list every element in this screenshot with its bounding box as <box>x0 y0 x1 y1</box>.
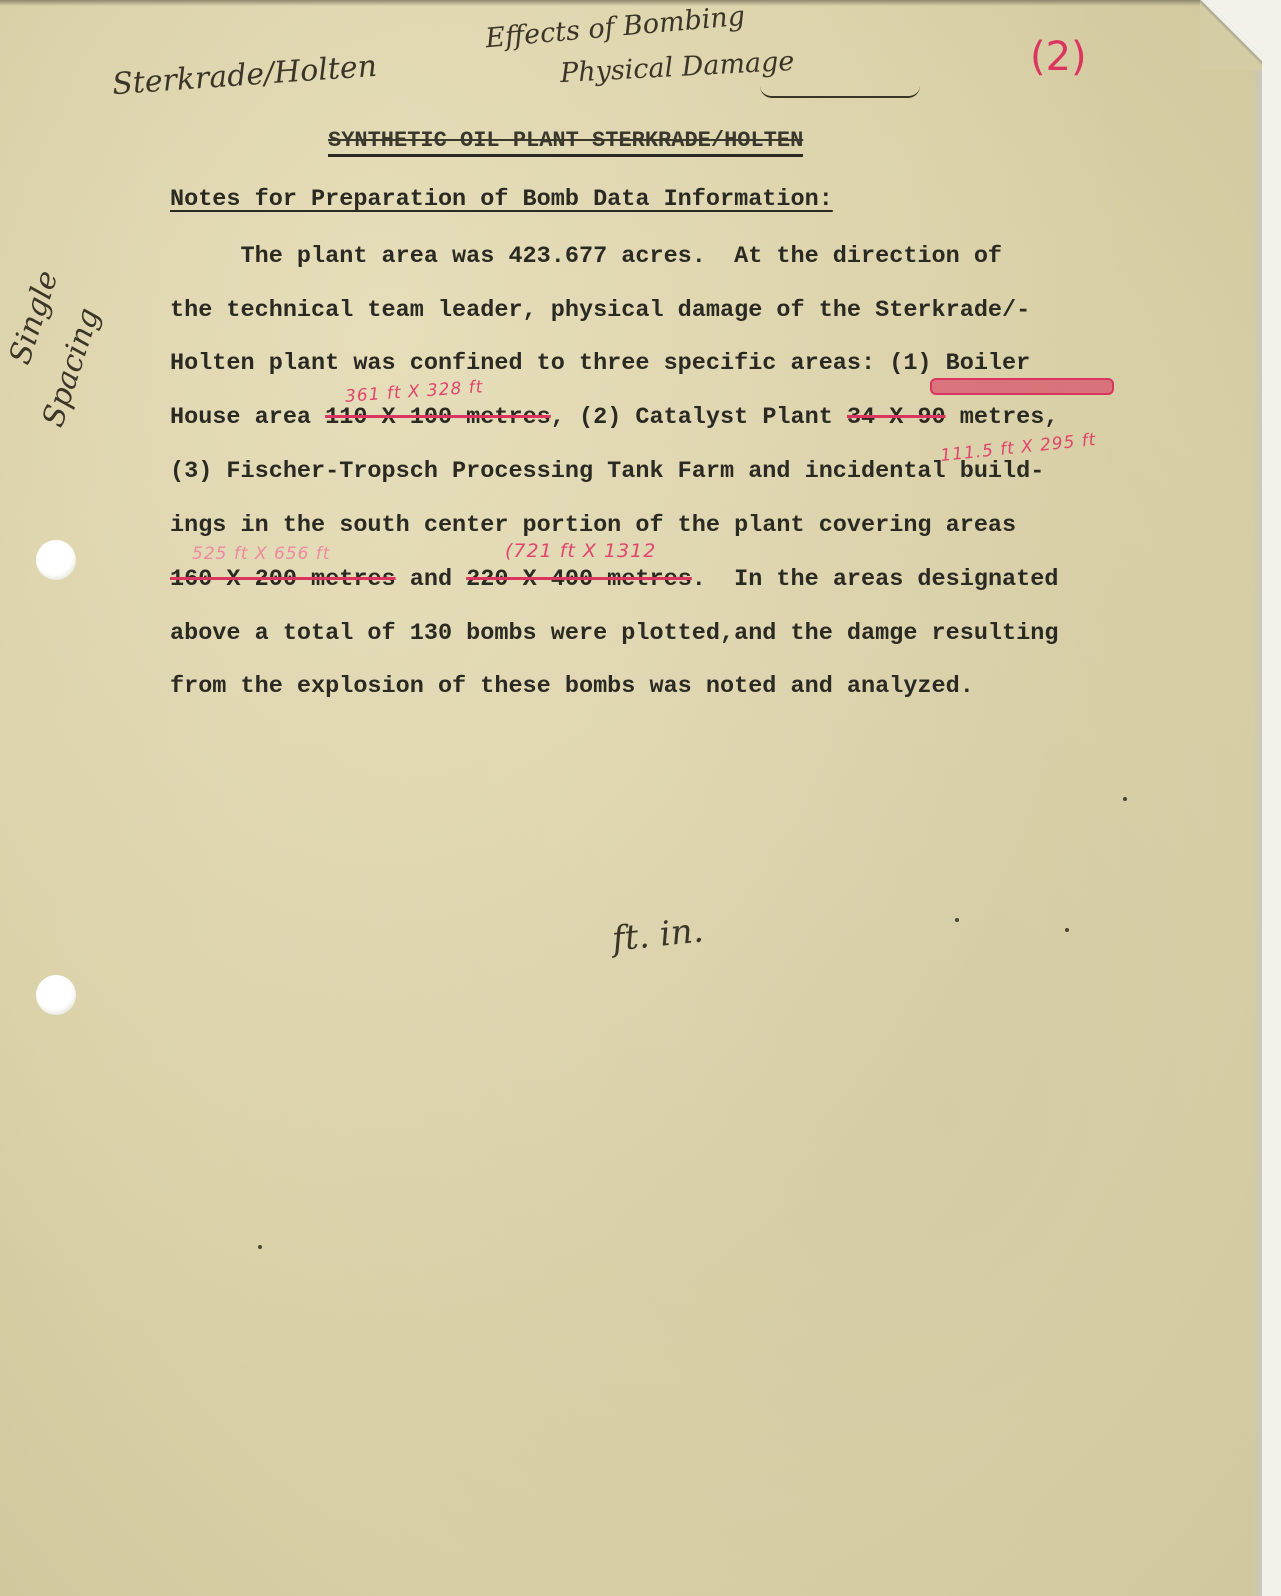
punch-hole <box>36 540 76 580</box>
ink-speck <box>1123 797 1127 801</box>
punch-hole <box>36 975 76 1015</box>
body-line-6: ings in the south center portion of the … <box>170 512 1016 539</box>
body-line-4: House area 110 X 100 metres, (2) Catalys… <box>170 404 1058 431</box>
page-right-edge <box>1252 60 1262 1596</box>
handwritten-topic-line1: Effects of Bombing <box>484 1 746 55</box>
struck-dimension-area-a: 160 X 200 metres <box>170 566 396 593</box>
red-annotation-area-b: (721 ft X 1312 <box>505 540 656 562</box>
struck-dimension-catalyst: 34 X 90 <box>847 404 946 431</box>
line4-prefix: House area <box>170 404 325 431</box>
page-top-edge <box>0 0 1205 6</box>
body-line-1: The plant area was 423.677 acres. At the… <box>170 243 1002 270</box>
body-line-2: the technical team leader, physical dama… <box>170 297 1030 324</box>
document-subheading: Notes for Preparation of Bomb Data Infor… <box>170 186 833 213</box>
body-line-7: 160 X 200 metres and 220 X 400 metres. I… <box>170 566 1058 593</box>
line4-middle: , (2) Catalyst Plant <box>551 404 847 431</box>
page-number: (2) <box>1030 34 1087 80</box>
body-line-9: from the explosion of these bombs was no… <box>170 673 974 700</box>
red-scribble-strike <box>930 378 1114 395</box>
ink-speck <box>955 918 959 922</box>
handwritten-topic-line2: Physical Damage <box>559 46 795 89</box>
handwritten-location: Sterkrade/Holten <box>111 49 378 102</box>
handwritten-underline <box>760 86 920 98</box>
red-annotation-boiler-house: 361 ft X 328 ft <box>344 377 484 407</box>
ink-speck <box>258 1245 262 1249</box>
body-line-3: Holten plant was confined to three speci… <box>170 350 1030 377</box>
line7-suffix: . In the areas designated <box>692 566 1059 593</box>
struck-dimension-area-b: 220 X 400 metres <box>466 566 692 593</box>
line4-suffix: metres, <box>946 404 1059 431</box>
margin-note-line1: Single <box>3 266 66 368</box>
folded-corner <box>1200 0 1270 70</box>
red-annotation-area-a: 525 ft X 656 ft <box>192 544 330 564</box>
document-page: Sterkrade/Holten Effects of Bombing Phys… <box>0 0 1262 1596</box>
struck-dimension-boiler: 110 X 100 metres <box>325 404 551 431</box>
handwritten-units-note: ft. in. <box>610 910 705 959</box>
body-line-5: (3) Fischer-Tropsch Processing Tank Farm… <box>170 458 1044 485</box>
body-line-8: above a total of 130 bombs were plotted,… <box>170 620 1058 647</box>
line7-middle: and <box>396 566 467 593</box>
document-title-struck: SYNTHETIC OIL PLANT STERKRADE/HOLTEN <box>328 128 803 157</box>
ink-speck <box>1065 928 1069 932</box>
